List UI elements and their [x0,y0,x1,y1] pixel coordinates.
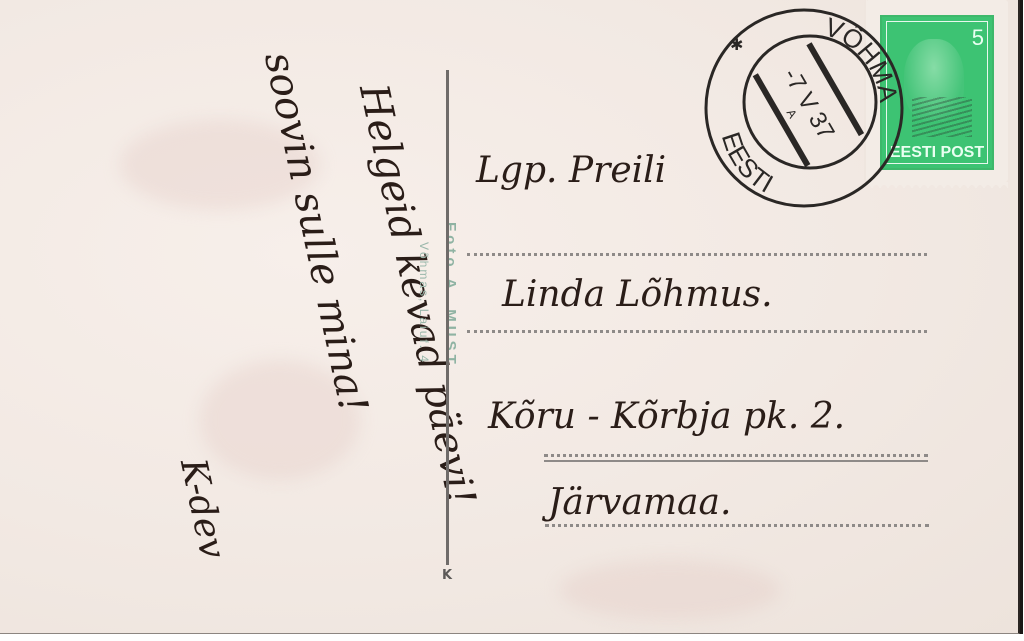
postmark-sub: A [784,107,800,121]
stamp-value: 5 [972,25,984,51]
divider-mark: K [442,568,452,583]
address-line-2: Linda Lõhmus. [502,274,773,315]
greeting-signature: K-dev [172,455,233,562]
address-rule-1 [467,253,927,256]
center-divider [446,70,449,565]
postcard: Helgeid kevad päevi! soovin sulle mina! … [0,0,1020,634]
address-rule-3-underline [544,460,928,462]
address-line-4: Järvamaa. [548,482,731,523]
postmark-icon: VÕHMA EESTI -7 V 37 A ✱ [698,2,910,214]
cancellation-lines [912,97,972,137]
address-rule-2 [467,330,927,333]
address-rule-4 [545,524,929,527]
publisher-imprint: Foto A. MUST [442,222,459,368]
address-rule-3 [544,454,928,457]
publisher-address: Võhmas, Laiuf. 4 [417,242,431,364]
svg-text:✱: ✱ [730,35,743,54]
address-line-1: Lgp. Preili [476,150,666,191]
address-line-3: Kõru - Kõrbja pk. 2. [488,396,845,437]
paper-stain [560,560,780,620]
